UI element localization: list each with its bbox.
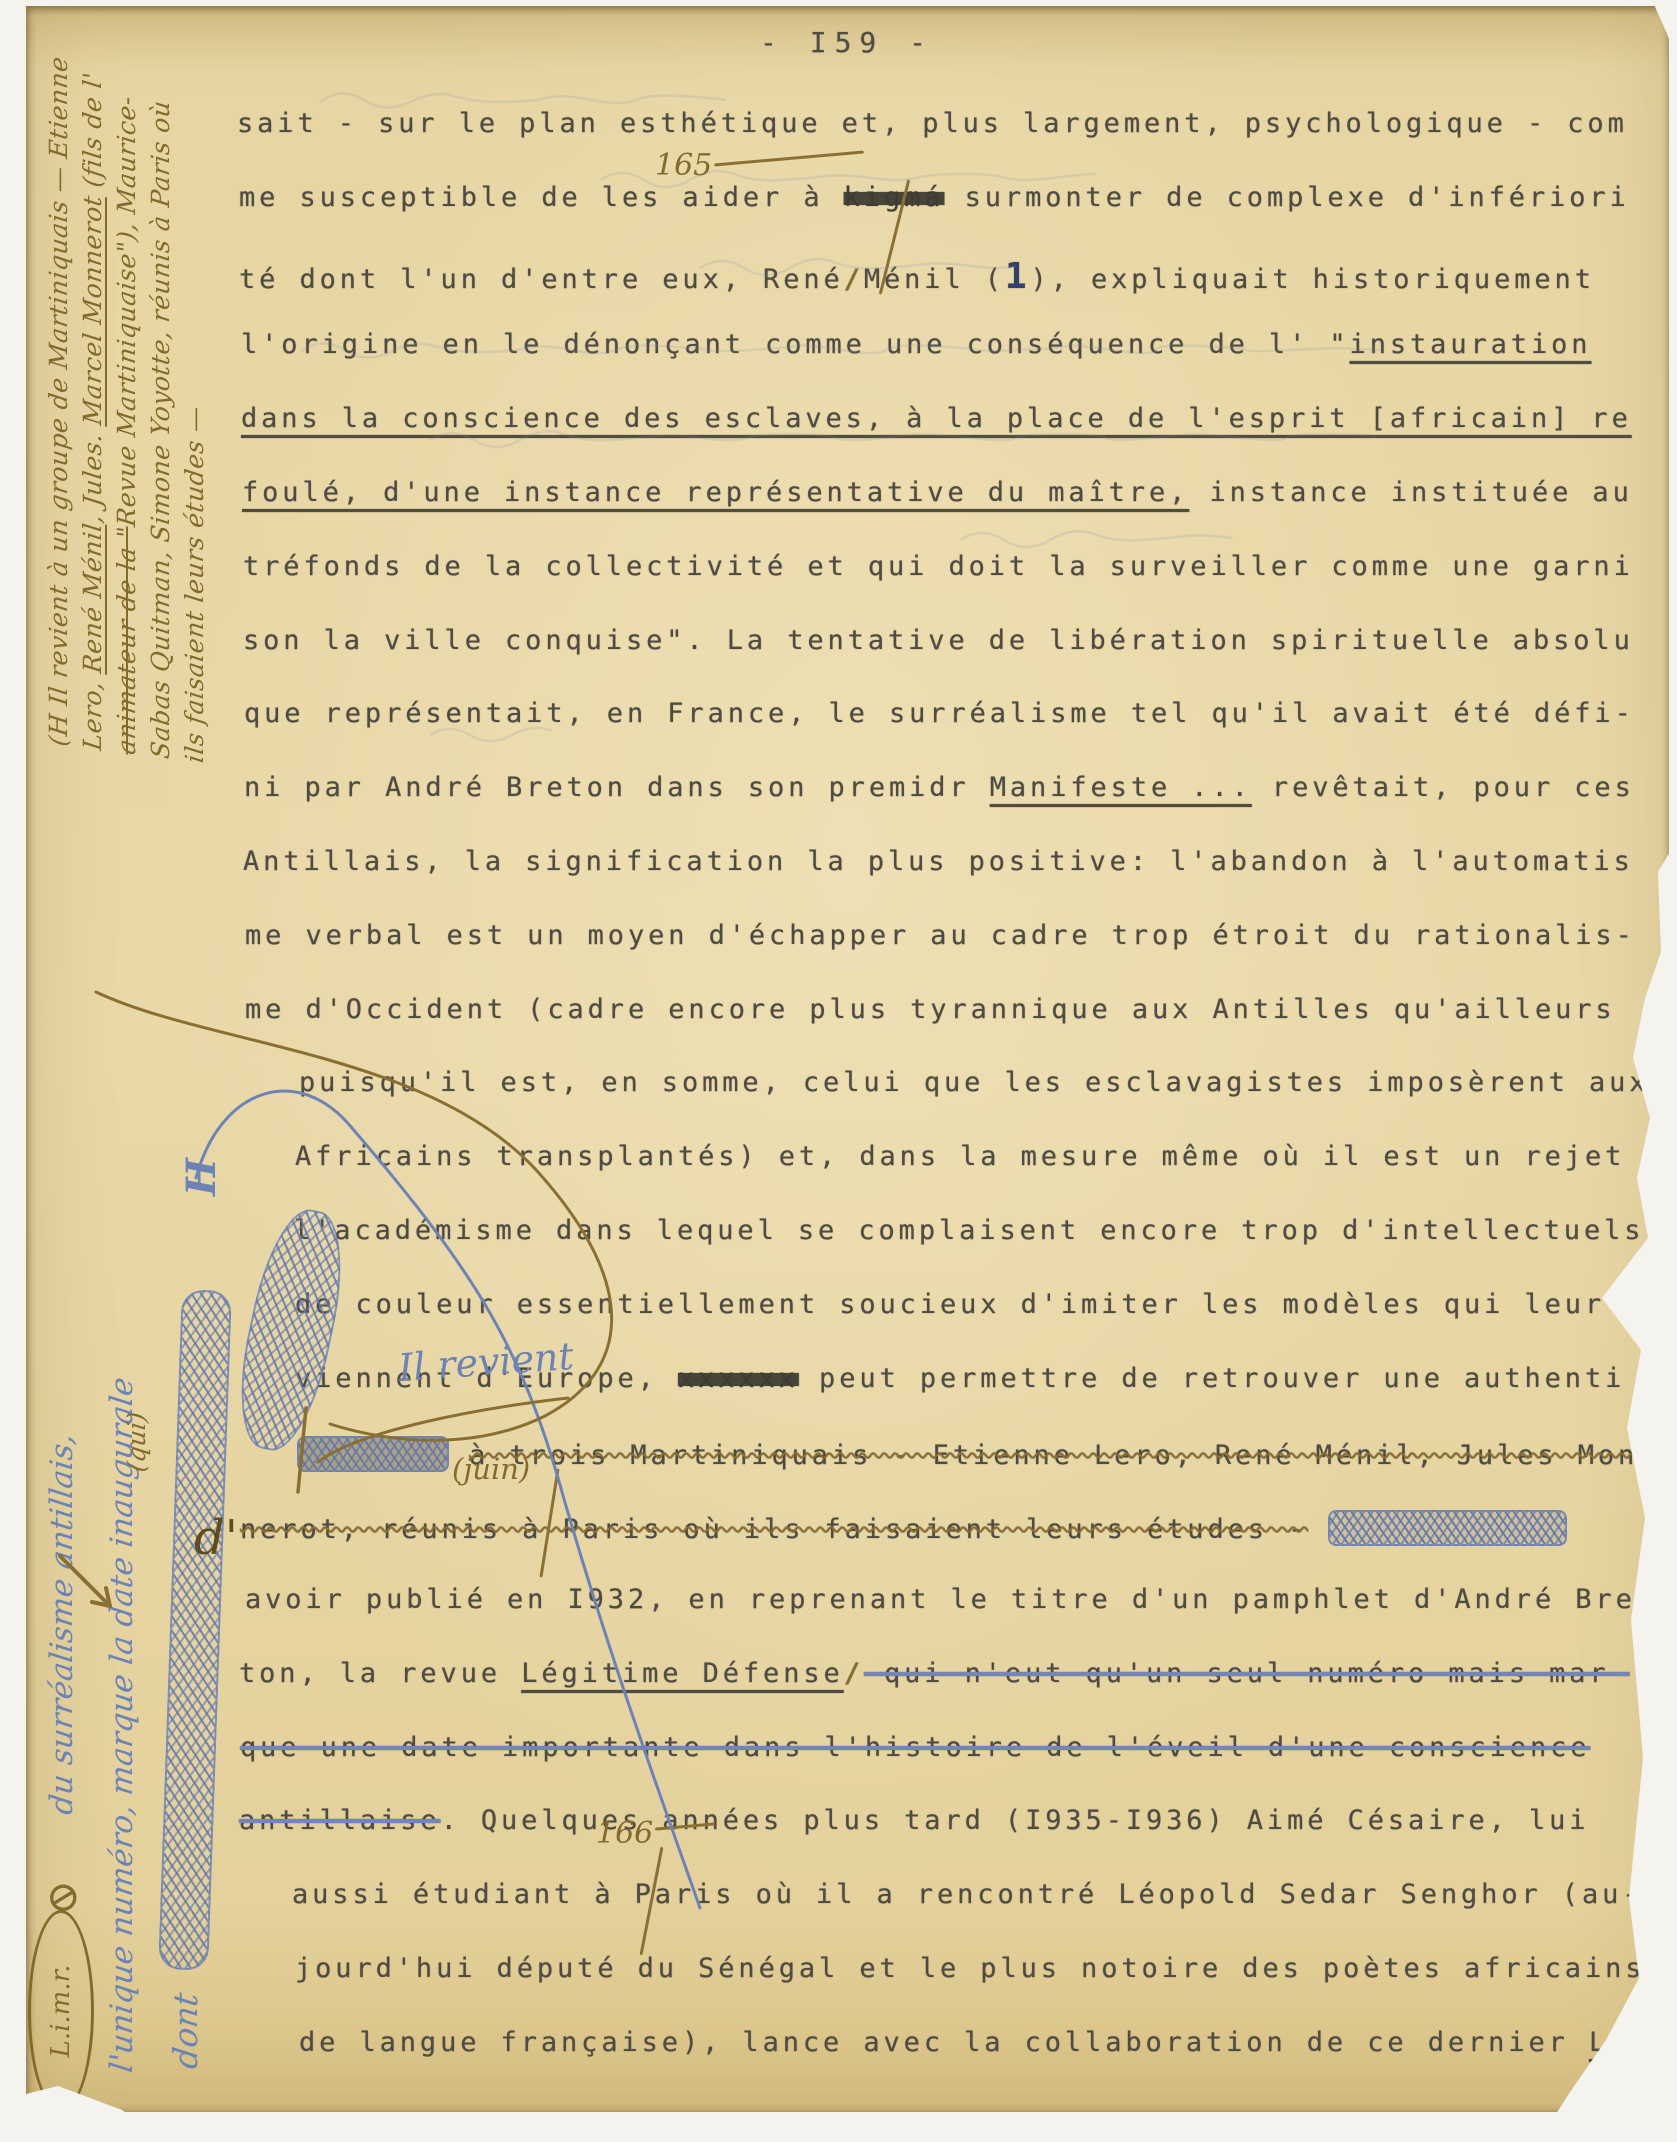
text-segment: avoir publié en I932, en reprenant le ti…	[245, 1584, 1636, 1615]
text-segment: que représentait, en France, le surréali…	[244, 698, 1635, 729]
typed-line: té dont l'un d'entre eux, René/Ménil (1)…	[239, 256, 1595, 297]
typed-line: de couleur essentiellement soucieux d'im…	[295, 1289, 1666, 1320]
typed-line: Antillais, la signification la plus posi…	[243, 846, 1634, 877]
text-segment: ils faisaient leurs études —	[180, 404, 209, 764]
text-segment: me susceptible de les aider à	[239, 182, 844, 213]
typed-line: avoir publié en I932, en reprenant le ti…	[245, 1584, 1636, 1615]
typed-line: me d'Occident (cadre encore plus tyranni…	[245, 994, 1616, 1025]
text-segment: peut permettre de retrouver une authenti	[799, 1363, 1625, 1394]
text-segment: puisqu'il est, en somme, celui que les e…	[299, 1067, 1649, 1098]
typed-line: l'académisme dans lequel se complaisent …	[294, 1215, 1644, 1246]
text-segment: Antillais, la signification la plus posi…	[243, 846, 1634, 877]
typed-line: me susceptible de les aider à kigmá surm…	[239, 182, 1630, 213]
margin-insertion-blue-line2: du surréalisme antillais,	[44, 1072, 80, 1816]
text-segment: tréfonds de la collectivité et qui doit …	[243, 551, 1634, 582]
text-segment: me d'Occident (cadre encore plus tyranni…	[245, 994, 1616, 1025]
margin-note-line: Sabas Quitman, Simone Yoyotte, réunis à …	[144, 52, 178, 761]
text-segment: instance instituée au	[1189, 477, 1632, 508]
typed-line: de langue française), lance avec la coll…	[299, 2027, 1677, 2058]
text-segment: (H Il revient à un groupe de Martiniquai…	[44, 55, 73, 748]
text-segment: Revue Martiniquaise"), Maurice-	[112, 94, 141, 528]
typed-line: jourd'hui député du Sénégal et le plus n…	[295, 1953, 1645, 1984]
footnote-number-165: 165	[655, 148, 712, 183]
text-segment	[297, 1436, 449, 1472]
text-segment: Marcel Monnerot	[78, 194, 107, 427]
typed-line: tréfonds de la collectivité et qui doit …	[243, 551, 1634, 582]
text-segment: René Ménil	[78, 521, 107, 675]
text-segment: /	[844, 264, 864, 295]
text-segment: xxxxxx	[678, 1363, 799, 1394]
typed-line: que représentait, en France, le surréali…	[244, 698, 1635, 729]
typed-line: que une date importante dans l'histoire …	[240, 1732, 1590, 1763]
text-segment: me verbal est un moyen d'échapper au cad…	[245, 920, 1636, 951]
text-segment: de langue française), lance avec la coll…	[299, 2027, 1589, 2058]
text-segment: té dont l'un d'entre eux, René	[239, 264, 844, 295]
text-segment	[1328, 1510, 1567, 1546]
typed-line: foulé, d'une instance représentative du …	[242, 477, 1633, 508]
text-segment: foulé, d'une instance représentative du …	[242, 477, 1189, 508]
text-segment: (fils de l'	[78, 70, 107, 197]
margin-note-line: ils faisaient leurs études —	[178, 56, 212, 765]
text-segment: 1	[1005, 256, 1031, 297]
typed-line: me verbal est un moyen d'échapper au cad…	[245, 920, 1636, 951]
text-segment	[1308, 1514, 1328, 1545]
text-segment: de couleur essentiellement soucieux d'im…	[295, 1289, 1666, 1320]
text-segment: sait - sur le plan esthétique et, plus l…	[237, 108, 1628, 139]
margin-note-line: (H Il revient à un groupe de Martiniquai…	[42, 39, 76, 748]
text-segment: son la ville conquise". La tentative de …	[243, 625, 1634, 656]
text-segment: ), expliquait historiquement	[1031, 264, 1595, 295]
text-segment: ni par André Breton dans son premidr	[244, 772, 990, 803]
text-segment: aussi étudiant à Paris où il a rencontré…	[292, 1879, 1642, 1910]
text-segment: jourd'hui député du Sénégal et le plus n…	[295, 1953, 1645, 1984]
text-segment: qui n'eut qu'un seul numéro mais mar-	[864, 1658, 1630, 1689]
typed-line: ni par André Breton dans son premidr Man…	[244, 772, 1635, 803]
typed-line: puisqu'il est, en somme, celui que les e…	[299, 1067, 1649, 1098]
insertion-caret-mark: H	[178, 1158, 225, 1196]
typed-line: nerot, réunis à Paris où ils faisaient l…	[240, 1510, 1567, 1546]
handwritten-d-apostrophe: d'	[194, 1510, 238, 1566]
footnote-number-166: 166	[596, 1816, 653, 1851]
text-segment: revêtait, pour ces	[1252, 772, 1635, 803]
text-segment: à trois Martiniquais - Etienne Lero, Ren…	[469, 1440, 1638, 1471]
text-segment: Sabas Quitman, Simone Yoyotte, réunis à …	[146, 99, 175, 761]
circled-marginal-abbreviation: L.i.m.r.	[28, 1910, 94, 2112]
text-segment: /	[844, 1658, 864, 1689]
handwritten-juin: (juin)	[452, 1452, 530, 1486]
typed-line: sait - sur le plan esthétique et, plus l…	[237, 108, 1628, 139]
margin-insertion-blue-line1: l'unique numéro, marque la date inaugura…	[104, 1085, 140, 2074]
typed-line: dans la conscience des esclaves, à la pl…	[241, 403, 1632, 434]
margin-note-line: Lero, René Ménil, Jules. Marcel Monnerot…	[76, 43, 110, 752]
text-segment: L'Etu	[1589, 2027, 1677, 2058]
text-segment: , Jules.	[78, 423, 107, 525]
scanned-typescript-page: - I59 - sait - sur le plan esthétique et…	[0, 0, 1677, 2142]
text-segment: l'origine en le dénonçant comme une cons…	[241, 329, 1350, 360]
text-segment: que une date importante dans l'histoire …	[240, 1732, 1590, 1763]
text-segment: surmonter de complexe d'infériori	[944, 182, 1629, 213]
typed-line: ton, la revue Légitime Défense/ qui n'eu…	[239, 1658, 1630, 1689]
typed-line: aussi étudiant à Paris où il a rencontré…	[292, 1879, 1642, 1910]
typed-line: son la ville conquise". La tentative de …	[243, 625, 1634, 656]
text-segment: kigmá	[844, 182, 945, 213]
typed-line: Africains transplantés) et, dans la mesu…	[295, 1141, 1677, 1172]
text-segment: l'académisme dans lequel se complaisent …	[294, 1215, 1644, 1246]
text-segment: nerot, réunis à Paris où ils faisaient l…	[240, 1514, 1308, 1545]
typed-line: l'origine en le dénonçant comme une cons…	[241, 329, 1591, 360]
margin-note-line: animateur de la "Revue Martiniquaise"), …	[110, 47, 144, 756]
text-segment: Lero,	[78, 671, 107, 752]
text-segment: dans la conscience des esclaves, à la pl…	[241, 403, 1632, 434]
text-segment: antillaise	[239, 1805, 441, 1836]
margin-footnote-brown: (H Il revient à un groupe de Martiniquai…	[42, 39, 212, 765]
text-segment: Légitime Défense	[521, 1658, 844, 1689]
text-segment: Africains transplantés) et, dans la mesu…	[295, 1141, 1677, 1172]
text-segment: instauration	[1350, 329, 1592, 360]
typed-line: antillaise. Quelques années plus tard (I…	[239, 1805, 1589, 1836]
margin-word-qui: (qui)	[122, 1390, 151, 1474]
text-segment: animateur de la "	[112, 525, 141, 757]
paper-sheet	[26, 6, 1669, 2112]
text-segment: ton, la revue	[239, 1658, 521, 1689]
page-number: - I59 -	[760, 26, 934, 59]
text-segment: Manifeste ...	[990, 772, 1252, 803]
